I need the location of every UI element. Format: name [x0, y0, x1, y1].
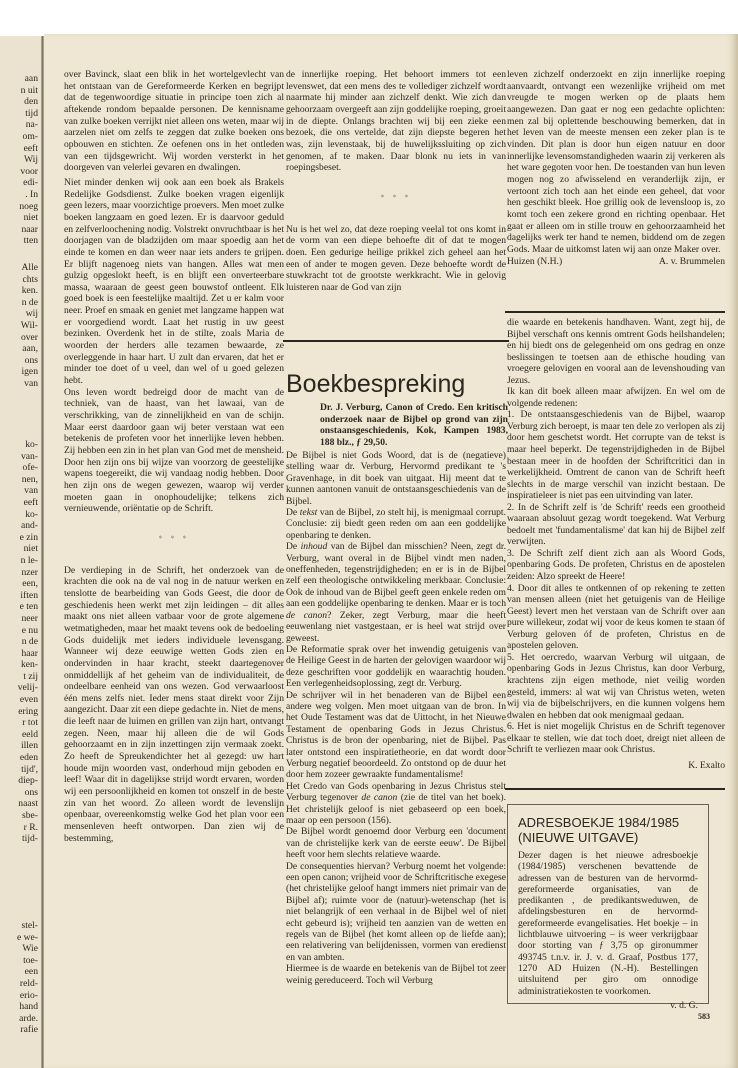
section-heading: Boekbespreking: [286, 370, 465, 399]
review-paragraph: die waarde en betekenis handhaven. Want,…: [507, 317, 725, 386]
review-paragraph: Het Credo van Gods openbaring in Jezus C…: [286, 781, 506, 827]
article-paragraph: leven zichzelf onderzoekt en zijn innerl…: [507, 69, 725, 256]
review-paragraph: 6. Het is niet mogelijk Christus en de S…: [507, 721, 725, 756]
article-column-3: leven zichzelf onderzoekt en zijn innerl…: [507, 69, 725, 267]
notice-title-line-1: ADRESBOEKJE 1984/1985: [518, 816, 698, 831]
review-paragraph: 2. In de Schrift zelf is 'de Schrift' re…: [507, 502, 725, 548]
article-paragraph: Niet minder denken wij ook aan een boek …: [64, 177, 284, 387]
facing-page-fragments-3: ko- van- ofe- nen, van eeft ko- and- e z…: [0, 439, 38, 845]
notice-box: ADRESBOEKJE 1984/1985 (NIEUWE UITGAVE) D…: [507, 804, 709, 1004]
section-divider: [283, 340, 509, 342]
article-paragraph: de innerlijke roeping. Het behoort immer…: [286, 69, 506, 174]
article-paragraph: over Bavinck, slaat een blik in het wort…: [64, 69, 284, 174]
review-paragraph: De consequenties hiervan? Verburg noemt …: [286, 861, 506, 964]
signature-place: Huizen (N.H.): [507, 256, 562, 268]
article-paragraph: Nu is het wel zo, dat deze roeping veela…: [286, 224, 506, 294]
review-paragraph: De inhoud van de Bijbel dan misschien? N…: [286, 541, 506, 644]
section-divider: [505, 788, 725, 790]
facing-page-fragments-4: stel- e we- Wie toe- een reld- erio- han…: [0, 920, 38, 1036]
review-paragraph: Ik kan dit boek alleen maar afwijzen. En…: [507, 386, 725, 409]
article-column-2: de innerlijke roeping. Het behoort immer…: [286, 69, 506, 294]
article-paragraph: Ons leven wordt bedreigd door de macht v…: [64, 387, 284, 515]
review-paragraph: De Bijbel is niet Gods Woord, dat is de …: [286, 450, 506, 507]
notice-signature: v. d. G.: [518, 1000, 698, 1011]
article-paragraph: De verdieping in de Schrift, het onderzo…: [64, 565, 284, 845]
review-paragraph: 3. De Schrift zelf dient zich aan als Wo…: [507, 548, 725, 583]
review-paragraph: 1. De ontstaansgeschiedenis van de Bijbe…: [507, 409, 725, 501]
signature-author: A. v. Brummelen: [659, 256, 725, 268]
review-column-2: De Bijbel is niet Gods Woord, dat is de …: [286, 450, 506, 986]
review-column-3: die waarde en betekenis handhaven. Want,…: [507, 317, 725, 771]
section-separator: * * *: [64, 533, 284, 545]
review-signature: K. Exalto: [507, 760, 725, 772]
page-number: 583: [698, 1012, 710, 1021]
review-paragraph: 5. Het oercredo, waarvan Verburg wil uit…: [507, 652, 725, 721]
review-paragraph: Hiermee is de waarde en betekenis van de…: [286, 963, 506, 986]
review-paragraph: De tekst van de Bijbel, zo stelt hij, is…: [286, 507, 506, 541]
review-paragraph: De Reformatie sprak over het inwendig ge…: [286, 644, 506, 690]
article-column-1: over Bavinck, slaat een blik in het wort…: [64, 69, 284, 844]
notice-body: Dezer dagen is het nieuwe adresboekje (1…: [518, 850, 698, 997]
facing-page-fragments-2: Alle chts ken. n de wij Wil- over aan, o…: [0, 262, 38, 390]
notice-title: ADRESBOEKJE 1984/1985 (NIEUWE UITGAVE): [518, 816, 698, 845]
notice-title-line-2: (NIEUWE UITGAVE): [518, 831, 698, 846]
review-paragraph: 4. Door dit alles te ontkennen of op rek…: [507, 583, 725, 652]
section-divider: [505, 311, 725, 313]
section-separator: * * *: [286, 192, 506, 204]
facing-page-fragments-1: aan n uit den tijd na- om- eeft Wij voor…: [0, 73, 38, 247]
review-paragraph: De schrijver wil in het benaderen van de…: [286, 690, 506, 781]
article-signature: Huizen (N.H.) A. v. Brummelen: [507, 256, 725, 268]
review-paragraph: De Bijbel wordt genoemd door Verburg een…: [286, 826, 506, 860]
book-citation: Dr. J. Verburg, Canon of Credo. Een krit…: [320, 402, 508, 449]
